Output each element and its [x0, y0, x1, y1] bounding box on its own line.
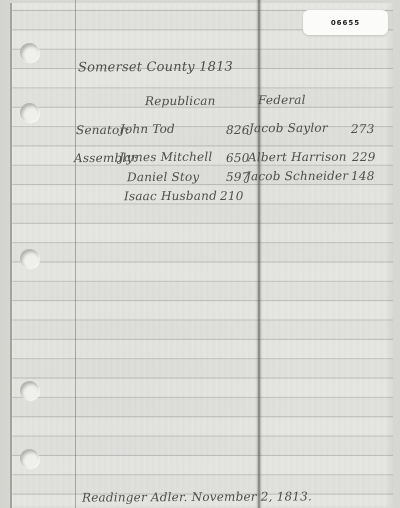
archive-label: 06655 — [303, 10, 388, 35]
column-header-federal: Federal — [258, 93, 306, 107]
punch-hole — [20, 449, 39, 468]
paper-crease — [256, 0, 262, 508]
vote-count: 229 — [352, 150, 376, 164]
source-note: Readinger Adler. November 2, 1813. — [82, 489, 312, 504]
candidate-name: John Tod — [120, 122, 175, 136]
punch-hole — [20, 381, 39, 400]
vote-count: 650 — [226, 151, 250, 165]
vote-count: 826 — [226, 123, 250, 137]
candidate-name: James Mitchell — [119, 150, 212, 164]
candidate-name: Jacob Schneider — [246, 169, 348, 184]
notebook-paper — [10, 3, 393, 508]
candidate-name: Jacob Saylor — [249, 121, 328, 135]
candidate-name: Isaac Husband — [124, 189, 217, 203]
margin-line — [75, 0, 76, 508]
column-header-republican: Republican — [145, 94, 216, 108]
vote-count: 210 — [220, 189, 244, 203]
punch-hole — [20, 103, 39, 122]
candidate-name: Albert Harrison — [248, 150, 347, 165]
punch-hole — [20, 249, 39, 268]
punch-hole — [20, 43, 39, 62]
vote-count: 273 — [351, 122, 375, 136]
vote-count: 148 — [351, 169, 375, 183]
candidate-name: Daniel Stoy — [127, 170, 199, 184]
archive-label-number: 06655 — [331, 19, 360, 27]
scanned-document-page: 06655 Somerset County 1813 Republican Fe… — [0, 0, 400, 508]
page-title: Somerset County 1813 — [78, 60, 233, 76]
